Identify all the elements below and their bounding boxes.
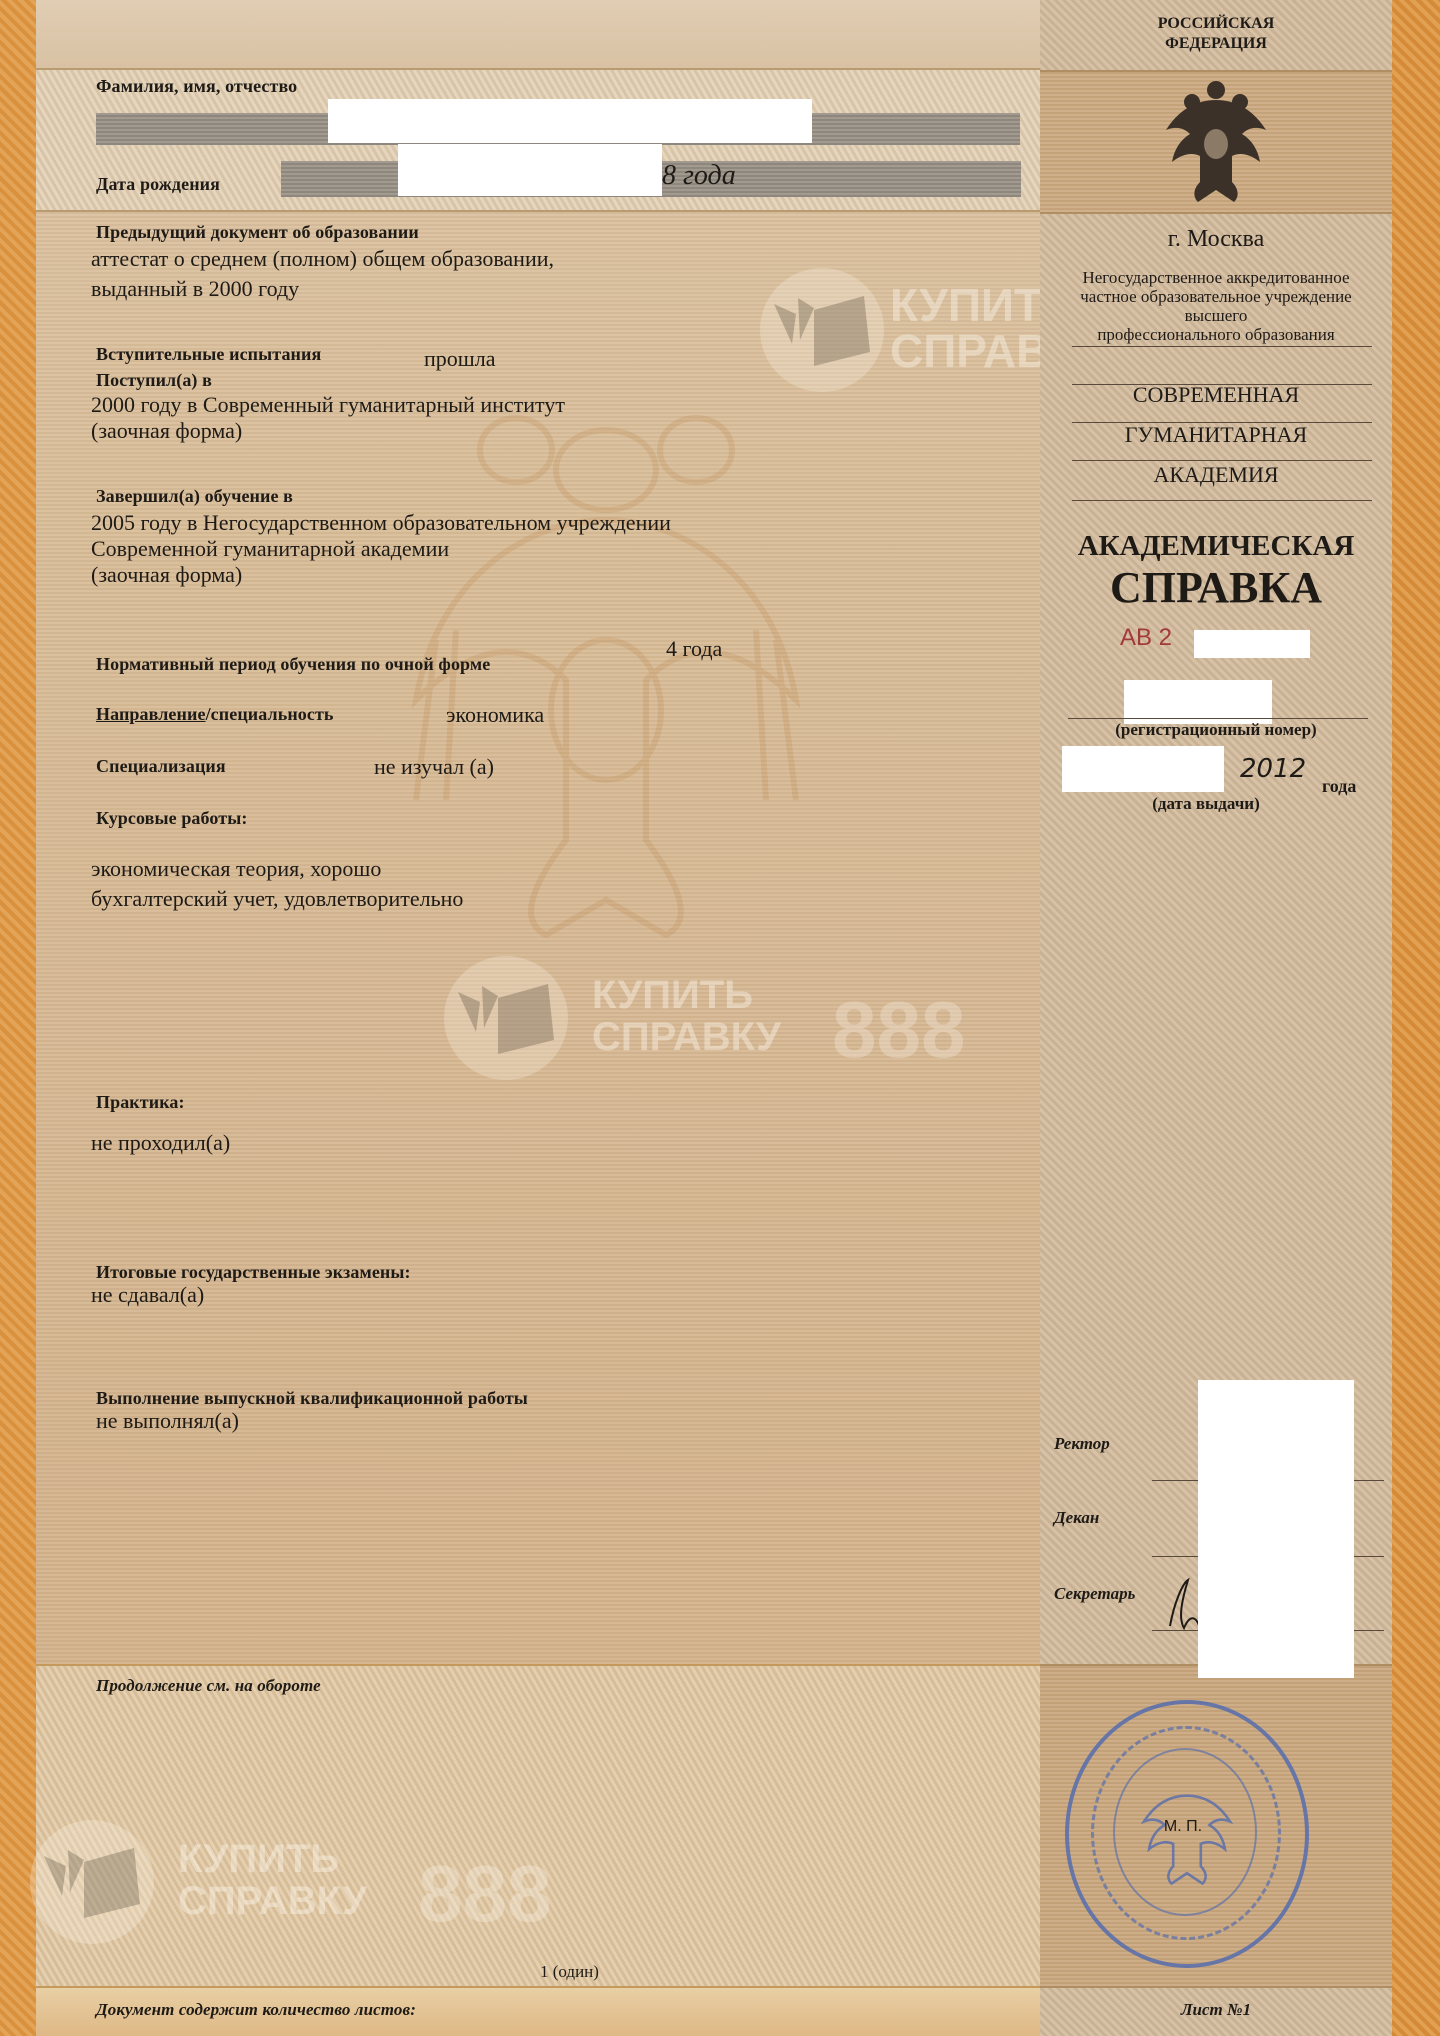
main-sheet: Фамилия, имя, отчество Дата рождения 8 г… bbox=[36, 0, 1040, 2036]
coat-of-arms-icon bbox=[1158, 78, 1274, 204]
doc-title-2: СПРАВКА bbox=[1040, 562, 1392, 613]
practice-label: Практика: bbox=[96, 1092, 185, 1113]
coursework-item-2: бухгалтерский учет, удовлетворительно bbox=[91, 886, 463, 912]
entrance-exams-label: Вступительные испытания bbox=[96, 344, 321, 365]
signature-rector-label: Ректор bbox=[1054, 1434, 1110, 1454]
normative-period-label: Нормативный период обучения по очной фор… bbox=[96, 654, 490, 675]
signatures-redacted bbox=[1198, 1380, 1354, 1678]
reg-number-caption: (регистрационный номер) bbox=[1040, 720, 1392, 740]
state-exams-value: не сдавал(а) bbox=[91, 1282, 204, 1308]
official-stamp: М. П. bbox=[1065, 1700, 1309, 1968]
series-redacted bbox=[1194, 630, 1310, 658]
country-title: РОССИЙСКАЯ ФЕДЕРАЦИЯ bbox=[1040, 14, 1392, 54]
issue-date-caption: (дата выдачи) bbox=[1030, 794, 1382, 814]
completed-line-1: 2005 году в Негосударственном образовате… bbox=[91, 510, 671, 536]
completed-line-3: (заочная форма) bbox=[91, 562, 242, 588]
enrolled-label: Поступил(а) в bbox=[96, 370, 212, 391]
institution-name-2: ГУМАНИТАРНАЯ bbox=[1040, 422, 1392, 448]
top-band bbox=[36, 0, 1040, 70]
state-exams-label: Итоговые государственные экзамены: bbox=[96, 1262, 411, 1283]
birth-date-label: Дата рождения bbox=[96, 174, 220, 195]
sheet-count-value: 1 (один) bbox=[540, 1962, 599, 1982]
specialization-value: не изучал (а) bbox=[374, 754, 494, 780]
series-number: АВ 2 bbox=[1120, 624, 1172, 652]
coursework-item-1: экономическая теория, хорошо bbox=[91, 856, 381, 882]
direction-value: экономика bbox=[446, 702, 544, 728]
institution-type: Негосударственное аккредитованное частно… bbox=[1040, 268, 1392, 344]
previous-doc-line-1: аттестат о среднем (полном) общем образо… bbox=[91, 246, 554, 272]
normative-period-value: 4 года bbox=[666, 636, 722, 662]
signature-secretary-label: Секретарь bbox=[1054, 1584, 1135, 1604]
coursework-label: Курсовые работы: bbox=[96, 808, 247, 829]
signature-dean-label: Декан bbox=[1054, 1508, 1099, 1528]
institution-name-1: СОВРЕМЕННАЯ bbox=[1040, 382, 1392, 408]
birth-date-suffix: 8 года bbox=[662, 160, 736, 192]
left-ornamental-border bbox=[0, 0, 36, 2036]
completed-label: Завершил(а) обучение в bbox=[96, 486, 293, 507]
city: г. Москва bbox=[1040, 226, 1392, 253]
continuation-band bbox=[36, 1664, 1040, 1986]
fio-redacted bbox=[328, 99, 812, 143]
fio-label: Фамилия, имя, отчество bbox=[96, 76, 297, 97]
direction-label-underlined: Направление bbox=[96, 704, 206, 724]
issue-year-handwritten: 2012 bbox=[1240, 754, 1306, 784]
sheet-count-label: Документ содержит количество листов: bbox=[96, 2000, 416, 2020]
continuation-note: Продолжение см. на обороте bbox=[96, 1676, 321, 1696]
direction-label-rest: /специальность bbox=[206, 704, 334, 724]
enrolled-line-1: 2000 году в Современный гуманитарный инс… bbox=[91, 392, 565, 418]
right-ornamental-border bbox=[1392, 0, 1440, 2036]
issue-date-redacted bbox=[1062, 746, 1224, 792]
birth-date-redacted bbox=[398, 144, 662, 196]
doc-title-1: АКАДЕМИЧЕСКАЯ bbox=[1040, 530, 1392, 563]
specialization-label: Специализация bbox=[96, 756, 226, 777]
sheet-number: Лист №1 bbox=[1040, 2000, 1392, 2020]
entrance-exams-value: прошла bbox=[424, 346, 495, 372]
completed-line-2: Современной гуманитарной академии bbox=[91, 536, 449, 562]
enrolled-line-2: (заочная форма) bbox=[91, 418, 242, 444]
thesis-label: Выполнение выпускной квалификационной ра… bbox=[96, 1388, 528, 1409]
previous-doc-label: Предыдущий документ об образовании bbox=[96, 222, 419, 243]
thesis-value: не выполнял(а) bbox=[96, 1408, 239, 1434]
practice-value: не проходил(а) bbox=[91, 1130, 230, 1156]
institution-name-3: АКАДЕМИЯ bbox=[1040, 462, 1392, 488]
direction-label: Направление/специальность bbox=[96, 704, 334, 725]
stamp-place-label: М. П. bbox=[1069, 1818, 1297, 1836]
previous-doc-line-2: выданный в 2000 году bbox=[91, 276, 299, 302]
